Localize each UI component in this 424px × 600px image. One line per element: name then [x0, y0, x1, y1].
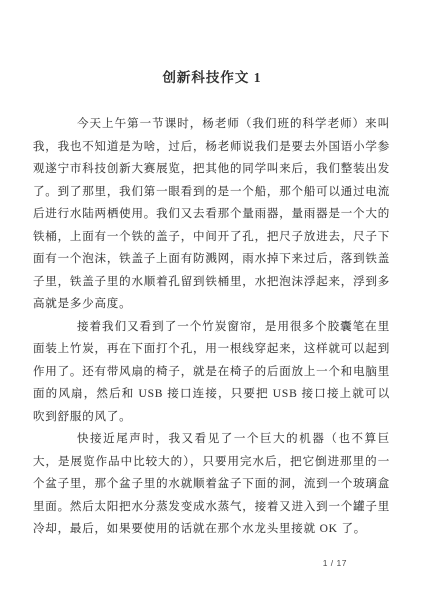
- page-number-indicator: 1 / 17: [0, 558, 347, 568]
- document-page: 创新科技作文 1 今天上午第一节课时，杨老师（我们班的科学老师）来叫我，我也不知…: [0, 0, 424, 600]
- paragraph: 今天上午第一节课时，杨老师（我们班的科学老师）来叫我，我也不知道是为啥，过后，杨…: [33, 113, 390, 316]
- paragraph: 快接近尾声时，我又看见了一个巨大的机器（也不算巨大，是展览作品中比较大的），只要…: [33, 428, 390, 541]
- document-title: 创新科技作文 1: [0, 0, 424, 86]
- document-body: 今天上午第一节课时，杨老师（我们班的科学老师）来叫我，我也不知道是为啥，过后，杨…: [33, 113, 390, 541]
- paragraph: 接着我们又看到了一个竹炭窗帘，是用很多个胶囊笔在里面装上竹炭，再在下面打个孔，用…: [33, 316, 390, 429]
